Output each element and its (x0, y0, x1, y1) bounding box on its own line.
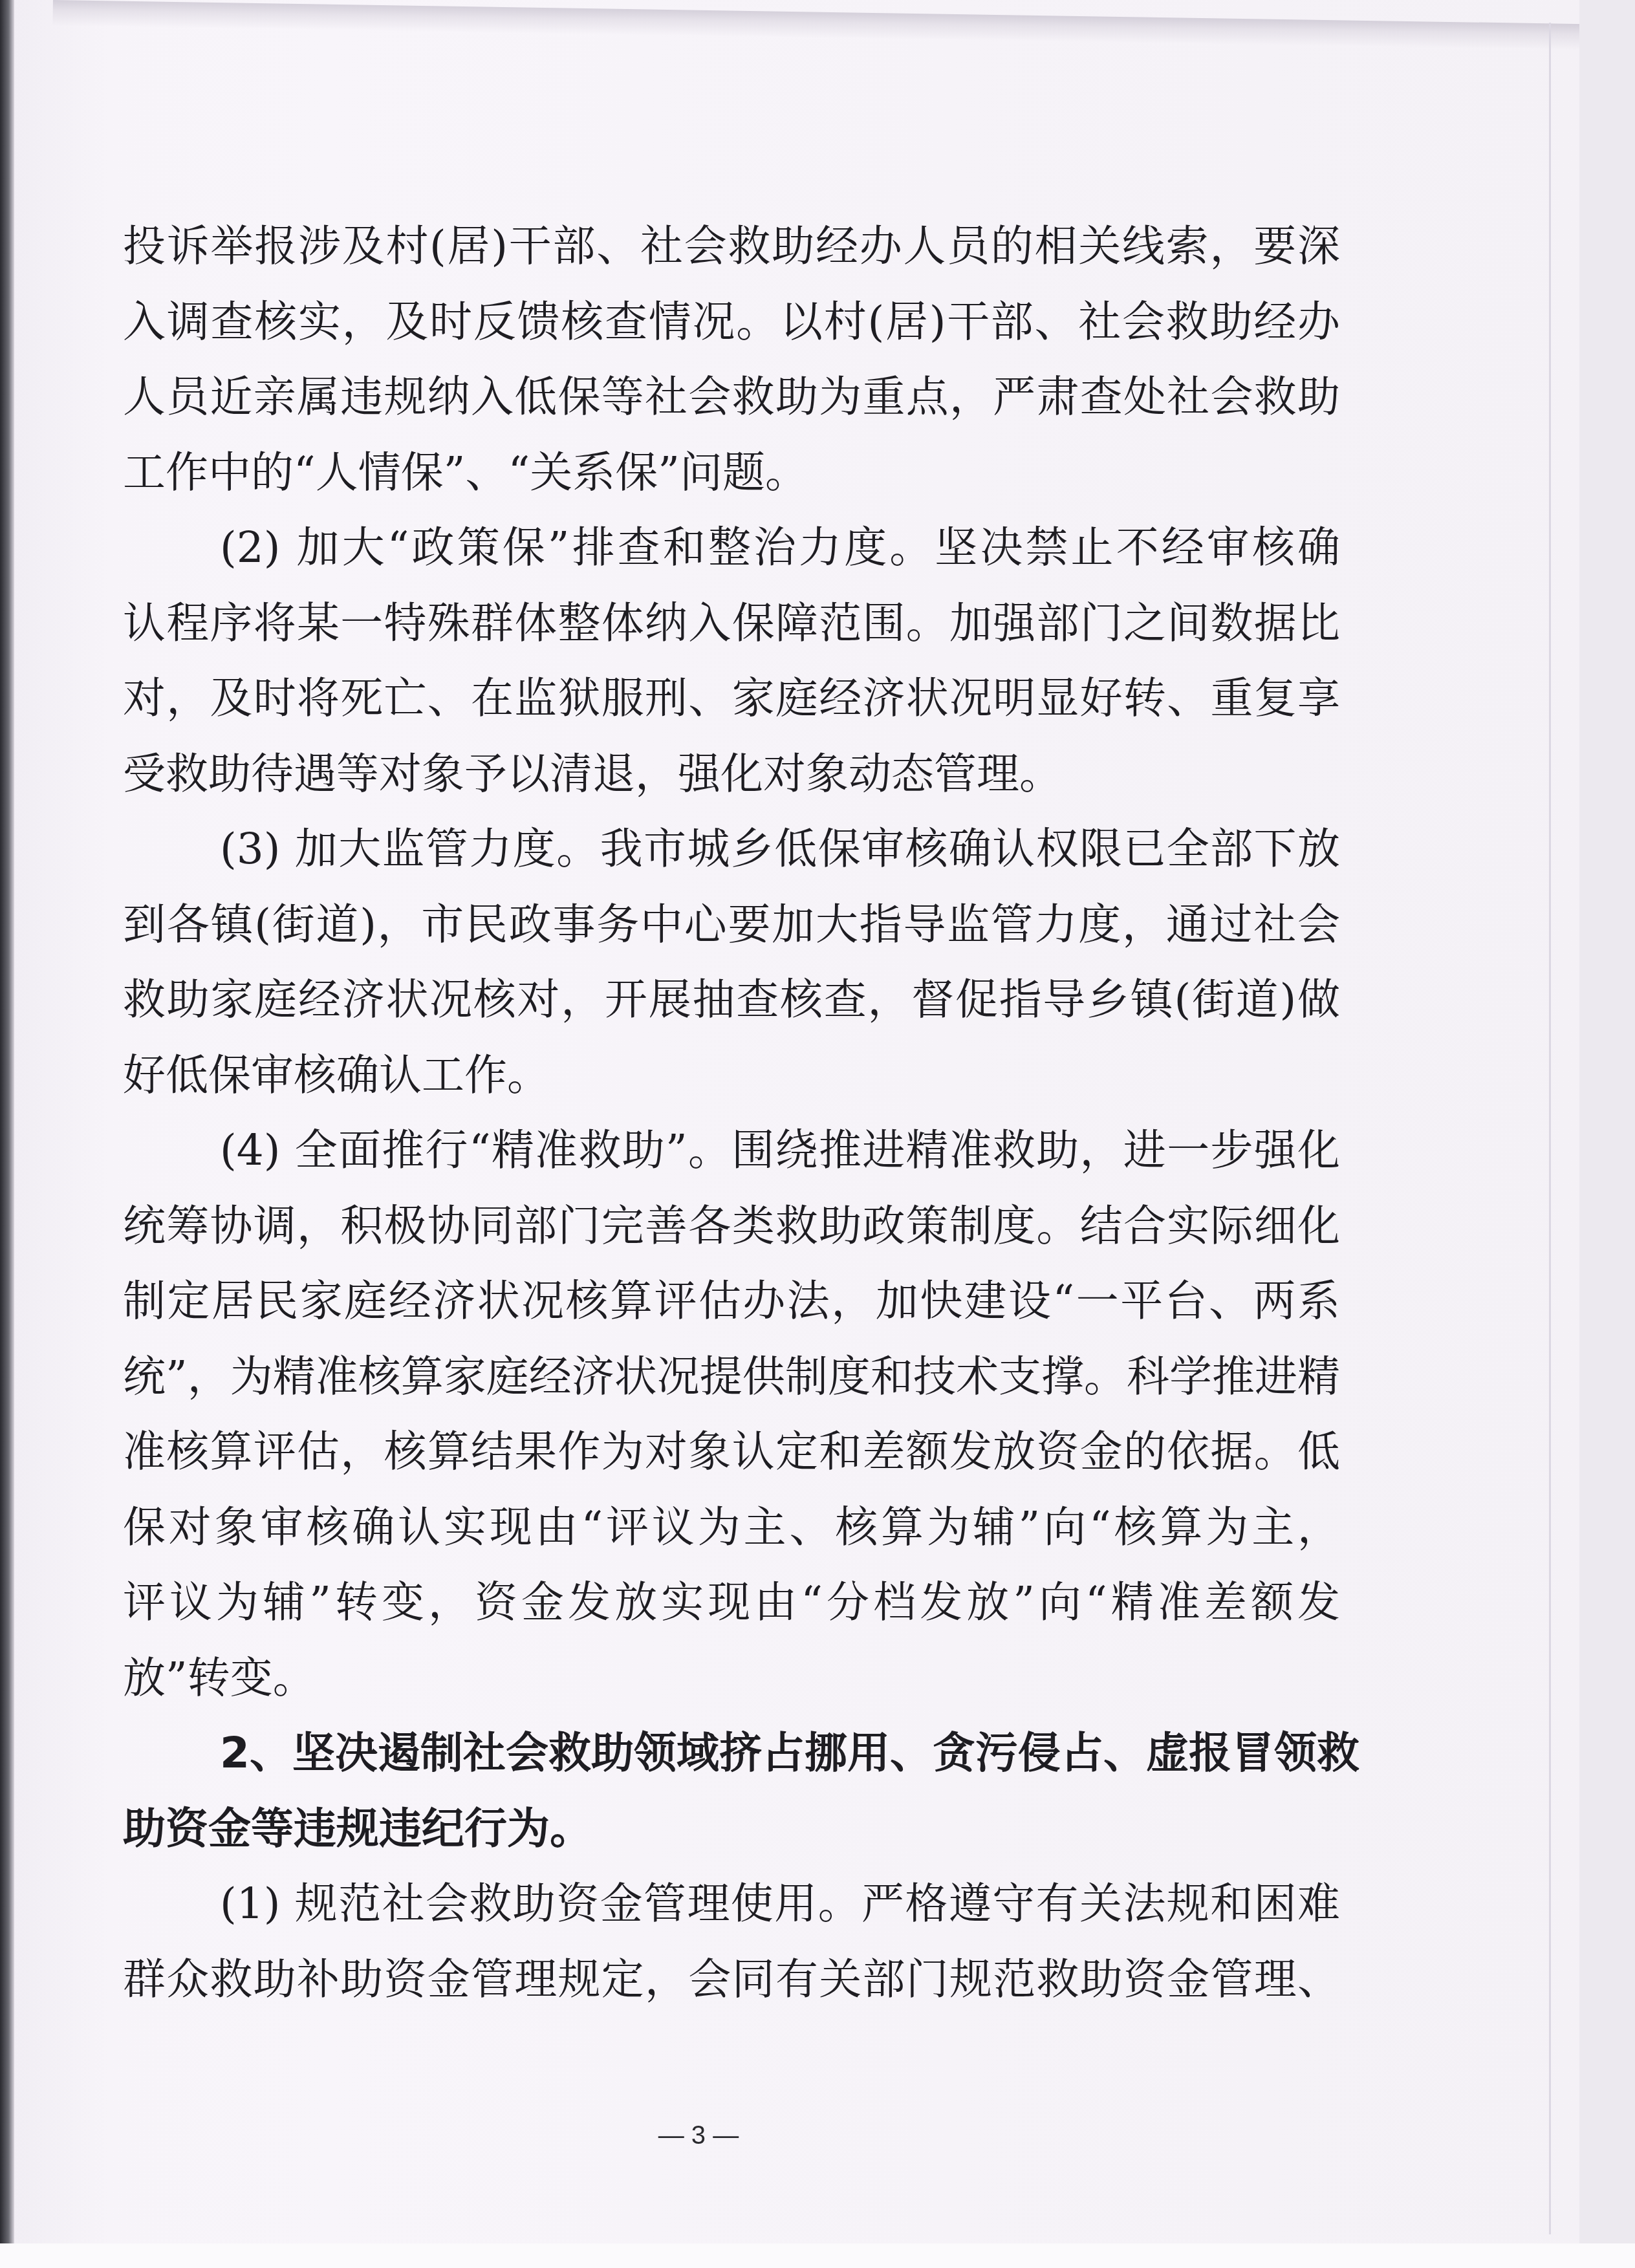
text-line: 制定居民家庭经济状况核算评估办法，加快建设“一平台、两系 (123, 1273, 1340, 1348)
text-line: 工作中的“人情保”、“关系保”问题。 (123, 444, 1340, 520)
text-line: 放”转变。 (123, 1650, 1340, 1725)
text-line: 人员近亲属违规纳入低保等社会救助为重点，严肃查处社会救助 (123, 369, 1340, 444)
heading-line: 2、坚决遏制社会救助领域挤占挪用、贪污侵占、虚报冒领救 (123, 1725, 1340, 1800)
text-line: 群众救助补助资金管理规定，会同有关部门规范救助资金管理、 (123, 1951, 1340, 2027)
text-line: 准核算评估，核算结果作为对象认定和差额发放资金的依据。低 (123, 1423, 1340, 1499)
text-line: 统”，为精准核算家庭经济状况提供制度和技术支撑。科学推进精 (123, 1348, 1340, 1424)
text-line: (3) 加大监管力度。我市城乡低保审核确认权限已全部下放 (123, 821, 1340, 896)
text-line: 对，及时将死亡、在监狱服刑、家庭经济状况明显好转、重复享 (123, 670, 1340, 746)
document-body: 投诉举报涉及村(居)干部、社会救助经办人员的相关线索，要深 入调查核实，及时反馈… (123, 218, 1340, 2026)
scan-bottom-edge (0, 2243, 1635, 2268)
text-line: 投诉举报涉及村(居)干部、社会救助经办人员的相关线索，要深 (123, 218, 1340, 294)
text-line: 好低保审核确认工作。 (123, 1047, 1340, 1123)
heading-line: 助资金等违规违纪行为。 (123, 1800, 1340, 1876)
paragraph-section-2-item-1: (1) 规范社会救助资金管理使用。严格遵守有关法规和困难 群众救助补助资金管理规… (123, 1875, 1340, 2026)
text-line: 到各镇(街道)，市民政事务中心要加大指导监管力度，通过社会 (123, 896, 1340, 972)
paragraph-item-4: (4) 全面推行“精准救助”。围绕推进精准救助，进一步强化 统筹协调，积极协同部… (123, 1122, 1340, 1725)
scan-right-margin (1579, 0, 1635, 2244)
paragraph-item-3: (3) 加大监管力度。我市城乡低保审核确认权限已全部下放 到各镇(街道)，市民政… (123, 821, 1340, 1122)
text-line: 保对象审核确认实现由“评议为主、核算为辅”向“核算为主， (123, 1499, 1340, 1575)
text-line: 受救助待遇等对象予以清退，强化对象动态管理。 (123, 746, 1340, 821)
text-line: 认程序将某一特殊群体整体纳入保障范围。加强部门之间数据比 (123, 595, 1340, 671)
paragraph-continuation: 投诉举报涉及村(居)干部、社会救助经办人员的相关线索，要深 入调查核实，及时反馈… (123, 218, 1340, 519)
paragraph-item-2: (2) 加大“政策保”排查和整治力度。坚决禁止不经审核确 认程序将某一特殊群体整… (123, 519, 1340, 821)
scan-left-edge-shadow (0, 0, 14, 2244)
section-heading: 2、坚决遏制社会救助领域挤占挪用、贪污侵占、虚报冒领救 助资金等违规违纪行为。 (123, 1725, 1340, 1875)
text-line: 统筹协调，积极协同部门完善各类救助政策制度。结合实际细化 (123, 1198, 1340, 1273)
page-top-edge-shadow (52, 0, 1605, 50)
text-line: 入调查核实，及时反馈核查情况。以村(居)干部、社会救助经办 (123, 294, 1340, 369)
page-right-edge (1549, 23, 1551, 2234)
text-line: (2) 加大“政策保”排查和整治力度。坚决禁止不经审核确 (123, 519, 1340, 595)
text-line: 救助家庭经济状况核对，开展抽查核查，督促指导乡镇(街道)做 (123, 971, 1340, 1047)
text-line: 评议为辅”转变，资金发放实现由“分档发放”向“精准差额发 (123, 1574, 1340, 1650)
page-number: — 3 — (653, 2121, 744, 2150)
text-line: (1) 规范社会救助资金管理使用。严格遵守有关法规和困难 (123, 1875, 1340, 1951)
text-line: (4) 全面推行“精准救助”。围绕推进精准救助，进一步强化 (123, 1122, 1340, 1198)
